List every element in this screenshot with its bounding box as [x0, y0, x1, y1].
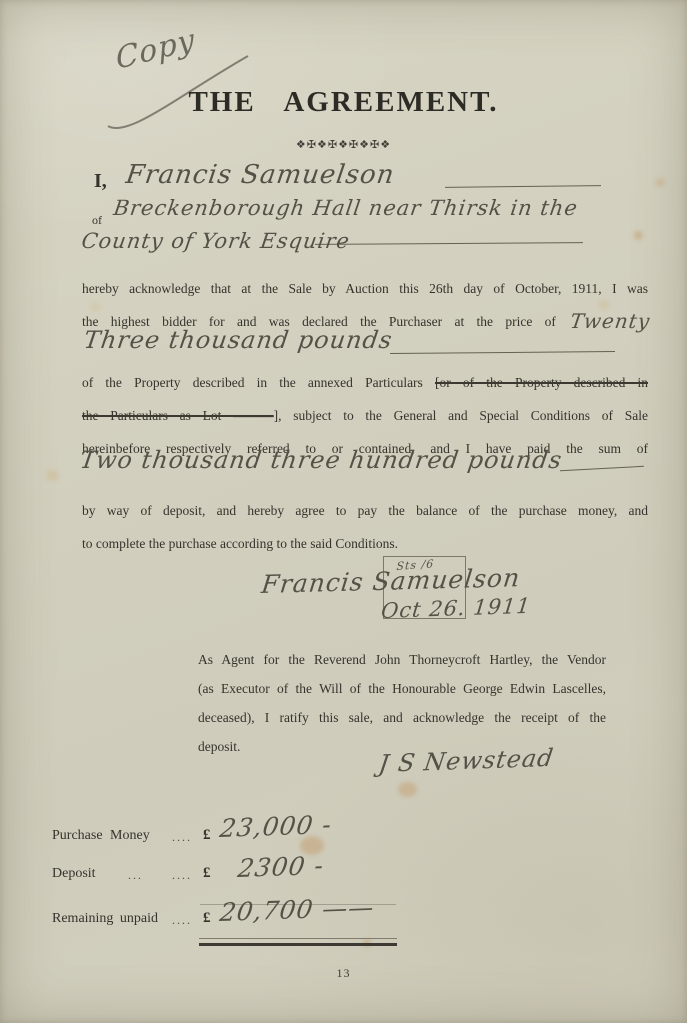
- leader-dots: ....: [172, 868, 192, 883]
- summary-label: Purchase Money: [52, 828, 150, 844]
- fill-in-rule: [390, 351, 615, 354]
- amount-handwritten: 23,000 -: [218, 810, 334, 843]
- leader-dots: ....: [172, 830, 192, 845]
- leader-dots: ....: [172, 913, 192, 928]
- paragraph-line: by way of deposit, and hereby agree to p…: [82, 494, 648, 527]
- page-number: 13: [0, 966, 687, 981]
- amount-handwritten: 20,700 ——: [218, 892, 376, 927]
- fill-in-rule: [560, 466, 644, 471]
- leader-dots: ...: [128, 868, 143, 883]
- price-handwritten-part2: Three thousand pounds: [82, 326, 394, 354]
- struck-text: [or of the Property described in: [435, 375, 648, 390]
- agent-signature-handwritten: J S Newstead: [377, 744, 556, 778]
- purchaser-signature-handwritten: Francis Samuelson: [260, 563, 522, 599]
- fill-in-rule: [445, 185, 601, 188]
- stain: [398, 782, 417, 797]
- declaration-of-label: of: [92, 213, 102, 228]
- declaration-pronoun: I,: [94, 170, 107, 193]
- deposit-amount-handwritten: Two thousand three hundred pounds: [78, 446, 564, 474]
- paragraph-line: deceased), I ratify this sale, and ackno…: [198, 703, 606, 732]
- deposit-paragraph: by way of deposit, and hereby agree to p…: [82, 494, 648, 560]
- struck-text: the Particulars as Lot ———: [82, 408, 274, 423]
- address-handwritten-line1: Breckenborough Hall near Thirsk in the: [112, 196, 580, 220]
- stain: [634, 231, 643, 240]
- paragraph-line: hereby acknowledge that at the Sale by A…: [82, 272, 648, 305]
- summary-total-rule: [199, 938, 397, 946]
- currency-symbol: £: [203, 827, 211, 844]
- currency-symbol: £: [203, 910, 211, 927]
- paragraph-line-text: ], subject to the General and Special Co…: [274, 408, 648, 423]
- paragraph-line: of the Property described in the annexed…: [82, 366, 648, 399]
- paragraph-line-text: of the Property described in the annexed…: [82, 375, 423, 390]
- title-ornament: ❖✠❖✠❖✠❖✠❖: [0, 138, 687, 151]
- stain: [655, 178, 665, 187]
- paragraph-line: to complete the purchase according to th…: [82, 527, 648, 560]
- address-handwritten-line2: County of York Esquire: [80, 229, 352, 253]
- purchaser-name-handwritten: Francis Samuelson: [124, 160, 397, 190]
- fill-in-rule: [315, 242, 583, 245]
- currency-symbol: £: [203, 865, 211, 882]
- paragraph-line: As Agent for the Reverend John Thorneycr…: [198, 645, 606, 674]
- amount-handwritten: 2300 -: [236, 851, 326, 883]
- paragraph-line: (as Executor of the Will of the Honourab…: [198, 674, 606, 703]
- signature-date-handwritten: Oct 26. 1911: [380, 594, 532, 623]
- summary-label: Deposit: [52, 866, 96, 882]
- price-handwritten-part1: Twenty: [568, 305, 652, 338]
- summary-label: Remaining unpaid: [52, 911, 158, 927]
- paragraph-line: the Particulars as Lot ———], subject to …: [82, 399, 648, 432]
- page-title: THE AGREEMENT.: [0, 86, 687, 119]
- agreement-document-page: Copy THE AGREEMENT. ❖✠❖✠❖✠❖✠❖ I, Francis…: [0, 0, 687, 1023]
- stain: [46, 470, 59, 481]
